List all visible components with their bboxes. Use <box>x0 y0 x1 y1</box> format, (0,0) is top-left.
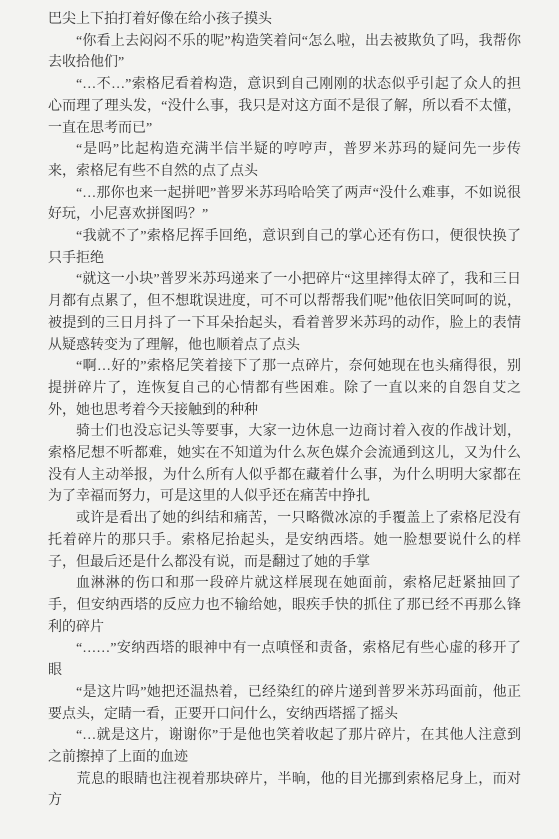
paragraph: 骑士们也没忘记头等要事，大家一边休息一边商讨着入夜的作战计划，索格尼想不听都难，… <box>48 421 521 508</box>
paragraph: 血淋淋的伤口和那一段碎片就这样展现在她面前，索格尼赶紧抽回了手，但安纳西塔的反应… <box>48 573 521 638</box>
paragraph: “你看上去闷闷不乐的呢”构造笑着问“怎么啦，出去被欺负了吗，我帮你去收拾他们” <box>48 31 521 74</box>
paragraph: “是吗”比起构造充满半信半疑的哼哼声，普罗米苏玛的疑问先一步传来，索格尼有些不自… <box>48 139 521 182</box>
paragraph: “…不…”索格尼看着构造，意识到自己刚刚的状态似乎引起了众人的担心而理了理头发，… <box>48 74 521 139</box>
paragraph: “我就不了”索格尼挥手回绝，意识到自己的掌心还有伤口，便很快换了只手拒绝 <box>48 226 521 269</box>
paragraph: 荒息的眼睛也注视着那块碎片，半晌，他的目光挪到索格尼身上，而对方 <box>48 769 521 812</box>
paragraph: “…就是这片，谢谢你”于是他也笑着收起了那片碎片，在其他人注意到之前擦掉了上面的… <box>48 725 521 768</box>
paragraph: “就这一小块”普罗米苏玛递来了一小把碎片“这里摔得太碎了，我和三日月都有点累了，… <box>48 269 521 356</box>
paragraph: “…那你也来一起拼吧”普罗米苏玛哈哈笑了两声“没什么难事，不如说很好玩，小尼喜欢… <box>48 183 521 226</box>
page-text: 巴尖上下拍打着好像在给小孩子摸头“你看上去闷闷不乐的呢”构造笑着问“怎么啦，出去… <box>48 9 521 812</box>
novel-page: 巴尖上下拍打着好像在给小孩子摸头“你看上去闷闷不乐的呢”构造笑着问“怎么啦，出去… <box>0 0 559 839</box>
paragraph: “啊…好的”索格尼笑着接下了那一点碎片，奈何她现在也头痛得很，别提拼碎片了，连恢… <box>48 356 521 421</box>
paragraph: 或许是看出了她的纠结和痛苦，一只略微冰凉的手覆盖上了索格尼没有托着碎片的那只手。… <box>48 508 521 573</box>
paragraph: “是这片吗”她把还温热着，已经染红的碎片递到普罗米苏玛面前，他正要点头，定睛一看… <box>48 682 521 725</box>
paragraph: 巴尖上下拍打着好像在给小孩子摸头 <box>48 9 521 31</box>
paragraph: “……”安纳西塔的眼神中有一点嗔怪和责备，索格尼有些心虚的移开了眼 <box>48 638 521 681</box>
